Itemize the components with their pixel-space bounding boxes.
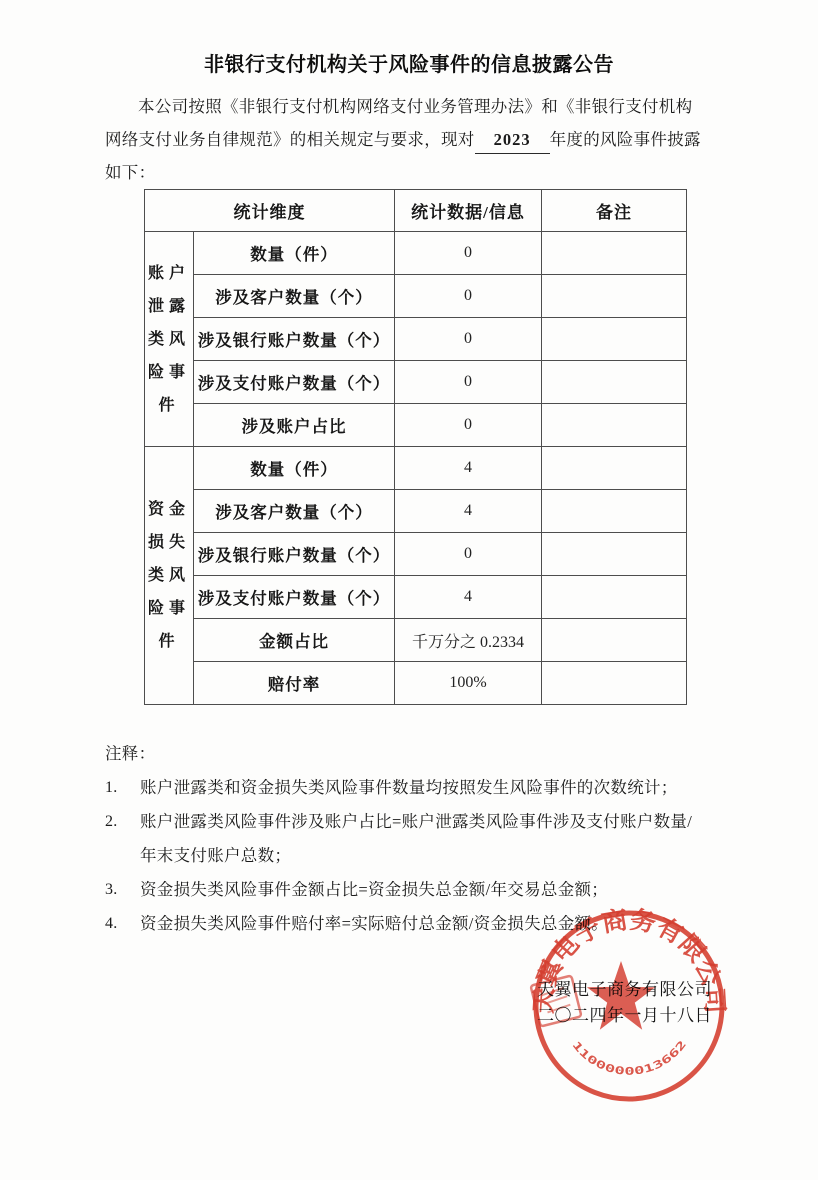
intro-paragraph: 本公司按照《非银行支付机构网络支付业务管理办法》和《非银行支付机构 网络支付业务…	[105, 90, 713, 189]
intro-line-1: 本公司按照《非银行支付机构网络支付业务管理办法》和《非银行支付机构	[105, 90, 713, 123]
remark-cell	[542, 232, 687, 275]
document-page: 非银行支付机构关于风险事件的信息披露公告 本公司按照《非银行支付机构网络支付业务…	[0, 0, 818, 1180]
dimension-cell: 数量（件）	[194, 447, 395, 490]
value-cell: 0	[395, 318, 542, 361]
value-cell: 0	[395, 533, 542, 576]
signature-block: 天翼电子商务有限公司 二〇二四年一月十八日	[537, 977, 712, 1029]
company-name: 天翼电子商务有限公司	[537, 977, 712, 1003]
value-cell: 0	[395, 232, 542, 275]
remark-cell	[542, 404, 687, 447]
remark-cell	[542, 361, 687, 404]
dimension-cell: 涉及客户数量（个）	[194, 275, 395, 318]
dimension-cell: 赔付率	[194, 662, 395, 705]
dimension-cell: 数量（件）	[194, 232, 395, 275]
value-cell: 4	[395, 576, 542, 619]
table-row: 账户泄露类风险事件 数量（件） 0	[145, 232, 687, 275]
intro-line-3-text: 如下：	[105, 163, 155, 182]
year-value: 2023	[475, 127, 550, 154]
dimension-cell: 涉及银行账户数量（个）	[194, 318, 395, 361]
value-cell: 0	[395, 404, 542, 447]
list-item: 2. 账户泄露类风险事件涉及账户占比=账户泄露类风险事件涉及支付账户数量/年末支…	[105, 805, 713, 873]
list-item: 3. 资金损失类风险事件金额占比=资金损失总金额/年交易总金额；	[105, 873, 713, 907]
dimension-cell: 涉及支付账户数量（个）	[194, 576, 395, 619]
note-number: 2.	[105, 805, 140, 839]
remark-cell	[542, 662, 687, 705]
category-cell-account-leak: 账户泄露类风险事件	[145, 232, 194, 447]
table-row: 涉及客户数量（个） 0	[145, 275, 687, 318]
table-row: 金额占比 千万分之 0.2334	[145, 619, 687, 662]
table-row: 涉及银行账户数量（个） 0	[145, 533, 687, 576]
table-row: 涉及银行账户数量（个） 0	[145, 318, 687, 361]
intro-line-2-after: 年度的风险事件披露	[550, 130, 701, 149]
intro-line-1-text: 本公司按照《非银行支付机构网络支付业务管理办法》和《非银行支付机构	[138, 97, 692, 116]
value-cell: 0	[395, 275, 542, 318]
dimension-cell: 涉及银行账户数量（个）	[194, 533, 395, 576]
category-cell-fund-loss: 资金损失类风险事件	[145, 447, 194, 705]
value-cell: 100%	[395, 662, 542, 705]
remark-cell	[542, 490, 687, 533]
remark-cell	[542, 619, 687, 662]
table-row: 资金损失类风险事件 数量（件） 4	[145, 447, 687, 490]
remark-cell	[542, 533, 687, 576]
intro-line-2-before: 网络支付业务自律规范》的相关规定与要求，现对	[105, 130, 475, 149]
remark-cell	[542, 318, 687, 361]
table-row: 涉及账户占比 0	[145, 404, 687, 447]
notes-title: 注释：	[105, 737, 713, 771]
value-cell: 4	[395, 490, 542, 533]
note-number: 4.	[105, 907, 140, 941]
table-row: 涉及支付账户数量（个） 0	[145, 361, 687, 404]
dimension-cell: 金额占比	[194, 619, 395, 662]
list-item: 1. 账户泄露类和资金损失类风险事件数量均按照发生风险事件的次数统计；	[105, 771, 713, 805]
table-row: 涉及客户数量（个） 4	[145, 490, 687, 533]
value-cell: 千万分之 0.2334	[395, 619, 542, 662]
table-header-row: 统计维度 统计数据/信息 备注	[145, 190, 687, 232]
risk-event-table: 统计维度 统计数据/信息 备注 账户泄露类风险事件 数量（件） 0 涉及客户数量…	[144, 189, 687, 705]
dimension-cell: 涉及账户占比	[194, 404, 395, 447]
header-remark: 备注	[542, 190, 687, 232]
value-cell: 4	[395, 447, 542, 490]
note-number: 3.	[105, 873, 140, 907]
notes-section: 注释： 1. 账户泄露类和资金损失类风险事件数量均按照发生风险事件的次数统计； …	[105, 737, 713, 941]
remark-cell	[542, 447, 687, 490]
note-text: 资金损失类风险事件赔付率=实际赔付总金额/资金损失总金额。	[140, 907, 608, 941]
list-item: 4. 资金损失类风险事件赔付率=实际赔付总金额/资金损失总金额。	[105, 907, 713, 941]
table-row: 赔付率 100%	[145, 662, 687, 705]
remark-cell	[542, 275, 687, 318]
intro-line-3: 如下：	[105, 156, 713, 189]
header-data: 统计数据/信息	[395, 190, 542, 232]
note-number: 1.	[105, 771, 140, 805]
category-label: 资金损失类风险事件	[147, 493, 191, 658]
note-text: 账户泄露类风险事件涉及账户占比=账户泄露类风险事件涉及支付账户数量/年末支付账户…	[140, 805, 700, 873]
header-dimension: 统计维度	[145, 190, 395, 232]
remark-cell	[542, 576, 687, 619]
table-row: 涉及支付账户数量（个） 4	[145, 576, 687, 619]
signature-date: 二〇二四年一月十八日	[537, 1003, 712, 1029]
seal-number: 1100000013662	[570, 1038, 690, 1077]
value-cell: 0	[395, 361, 542, 404]
intro-line-2: 网络支付业务自律规范》的相关规定与要求，现对2023年度的风险事件披露	[105, 123, 713, 156]
note-text: 账户泄露类和资金损失类风险事件数量均按照发生风险事件的次数统计；	[140, 771, 678, 805]
page-title: 非银行支付机构关于风险事件的信息披露公告	[0, 0, 818, 79]
category-label: 账户泄露类风险事件	[147, 257, 191, 422]
note-text: 资金损失类风险事件金额占比=资金损失总金额/年交易总金额；	[140, 873, 608, 907]
dimension-cell: 涉及客户数量（个）	[194, 490, 395, 533]
dimension-cell: 涉及支付账户数量（个）	[194, 361, 395, 404]
